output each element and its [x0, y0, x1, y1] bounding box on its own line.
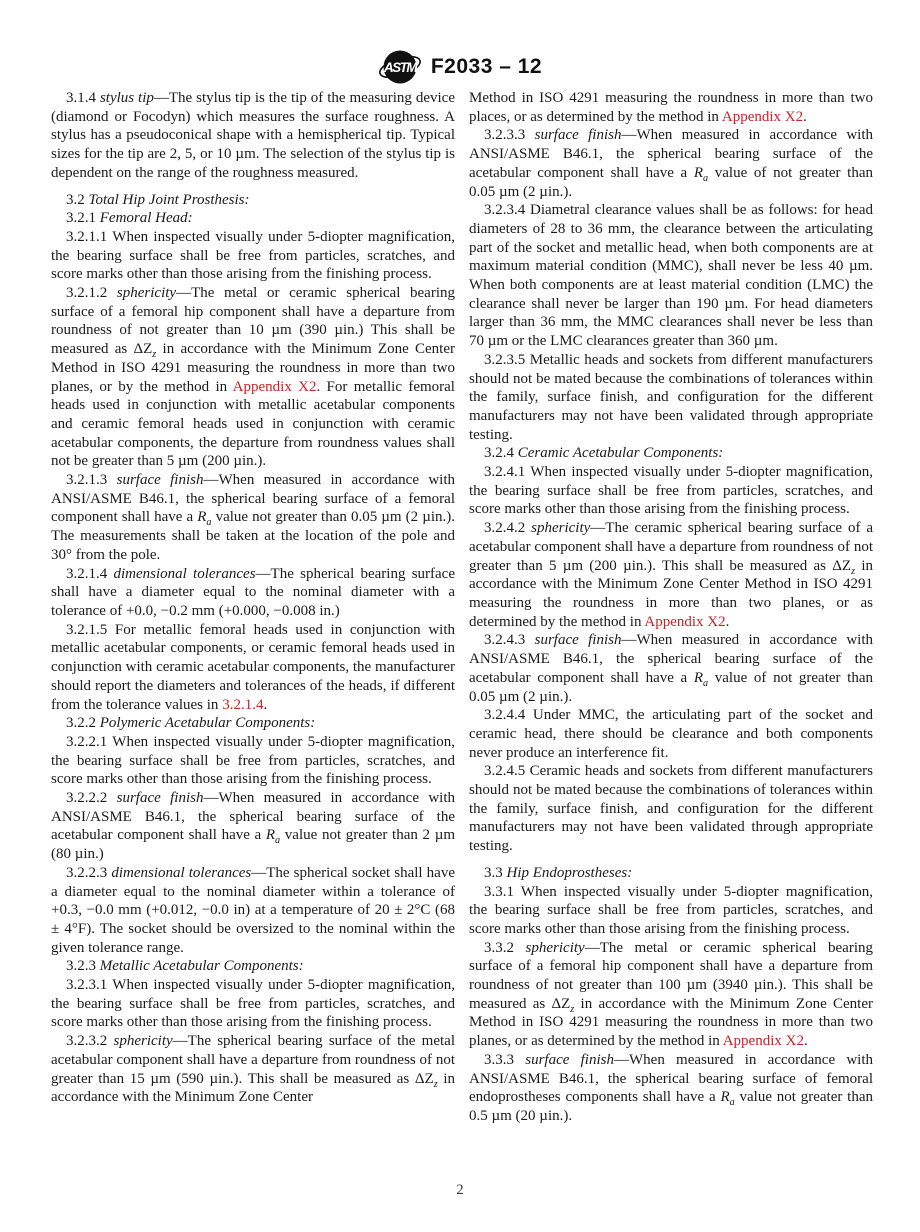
page-header: ASTM F2033 – 12 [0, 42, 920, 92]
text-segment: . [803, 109, 807, 125]
text-segment: 3.2.3.5 Metallic heads and sockets from … [469, 352, 873, 443]
text-segment: Total Hip Joint Prosthesis: [89, 192, 250, 208]
right-column: Method in ISO 4291 measuring the roundne… [469, 89, 873, 1126]
text-segment: 3.2.3.1 When inspected visually under 5-… [51, 977, 455, 1030]
text-segment: surface finish [117, 472, 204, 488]
para-3-1-4: 3.1.4 stylus tip—The stylus tip is the t… [51, 89, 455, 183]
text-segment: Femoral Head: [100, 210, 193, 226]
text-segment: 3.2.1.1 When inspected visually under 5-… [51, 229, 455, 282]
text-segment: stylus tip [100, 90, 154, 106]
text-segment: 3.2.1.2 [66, 285, 117, 301]
text-segment: sphericity [117, 285, 176, 301]
para-3-2-4-2: 3.2.4.2 sphericity—The ceramic spherical… [469, 519, 873, 631]
appendix-x2-link[interactable]: Appendix X2 [722, 109, 803, 125]
heading-3-2: 3.2 Total Hip Joint Prosthesis: [51, 191, 455, 210]
text-segment: Polymeric Acetabular Components: [100, 715, 316, 731]
para-3-2-1-2: 3.2.1.2 sphericity—The metal or ceramic … [51, 284, 455, 471]
text-segment: 3.2.4.2 [484, 520, 531, 536]
text-segment: 3.2.3 [66, 958, 100, 974]
text-segment: surface finish [117, 790, 204, 806]
astm-logo-icon: ASTM [378, 45, 422, 89]
text-segment: 3.2.4.5 Ceramic heads and sockets from d… [469, 763, 873, 854]
text-segment: surface finish [525, 1052, 614, 1068]
text-segment: . [726, 614, 730, 630]
text-segment: 3.3.2 [484, 940, 526, 956]
para-3-2-1-4: 3.2.1.4 dimensional tolerances—The spher… [51, 565, 455, 621]
text-segment: 3.2.2.3 [66, 865, 111, 881]
page-footer: 2 [0, 1182, 920, 1199]
left-column: 3.1.4 stylus tip—The stylus tip is the t… [51, 89, 455, 1107]
heading-3-2-1: 3.2.1 Femoral Head: [51, 209, 455, 228]
text-segment: 3.2.2.1 When inspected visually under 5-… [51, 734, 455, 787]
text-segment: 3.2.3.3 [484, 127, 535, 143]
text-segment: . [804, 1033, 808, 1049]
text-segment: sphericity [531, 520, 590, 536]
text-segment: 3.2.4 [484, 445, 518, 461]
text-segment: Hip Endoprostheses: [507, 865, 633, 881]
para-3-2-2-3: 3.2.2.3 dimensional tolerances—The spher… [51, 864, 455, 958]
document-page: ASTM F2033 – 12 3.1.4 stylus tip—The sty… [0, 0, 920, 1232]
text-segment: R [266, 827, 275, 843]
appendix-x2-link[interactable]: Appendix X2 [723, 1033, 804, 1049]
para-3-2-2-2: 3.2.2.2 surface finish—When measured in … [51, 789, 455, 864]
text-segment: 3.3.1 When inspected visually under 5-di… [469, 884, 873, 937]
para-3-2-1-5: 3.2.1.5 For metallic femoral heads used … [51, 621, 455, 715]
para-3-2-1-3: 3.2.1.3 surface finish—When measured in … [51, 471, 455, 565]
para-3-2-3-2-continued: Method in ISO 4291 measuring the roundne… [469, 89, 873, 126]
para-3-2-4-4: 3.2.4.4 Under MMC, the articulating part… [469, 706, 873, 762]
text-segment: 3.2.1.4 [66, 566, 113, 582]
text-segment: 3.2.4.3 [484, 632, 535, 648]
text-segment: 3.2.4.4 Under MMC, the articulating part… [469, 707, 873, 760]
text-segment: surface finish [535, 127, 622, 143]
text-segment: Ceramic Acetabular Components: [518, 445, 724, 461]
text-segment: 3.3.3 [484, 1052, 525, 1068]
text-segment: 3.2.3.4 Diametral clearance values shall… [469, 202, 873, 349]
text-segment: sphericity [526, 940, 585, 956]
text-segment: surface finish [535, 632, 622, 648]
text-segment: R [694, 670, 703, 686]
appendix-x2-link[interactable]: Appendix X2 [233, 379, 317, 395]
text-segment: 3.1.4 [66, 90, 100, 106]
text-segment: . [263, 697, 267, 713]
text-segment: 3.3 [484, 865, 507, 881]
text-segment: 3.2.2 [66, 715, 100, 731]
heading-3-2-4: 3.2.4 Ceramic Acetabular Components: [469, 444, 873, 463]
text-segment: 3.2.3.2 [66, 1033, 114, 1049]
para-3-3-1: 3.3.1 When inspected visually under 5-di… [469, 883, 873, 939]
standard-designation: F2033 – 12 [431, 55, 542, 79]
text-segment: 3.2 [66, 192, 89, 208]
para-3-2-4-1: 3.2.4.1 When inspected visually under 5-… [469, 463, 873, 519]
para-3-2-2-1: 3.2.2.1 When inspected visually under 5-… [51, 733, 455, 789]
para-3-2-1-1: 3.2.1.1 When inspected visually under 5-… [51, 228, 455, 284]
para-3-2-3-1: 3.2.3.1 When inspected visually under 5-… [51, 976, 455, 1032]
para-3-3-2: 3.3.2 sphericity—The metal or ceramic sp… [469, 939, 873, 1051]
para-3-2-3-4: 3.2.3.4 Diametral clearance values shall… [469, 201, 873, 351]
text-segment: dimensional tolerances [111, 865, 251, 881]
text-segment: 3.2.4.1 When inspected visually under 5-… [469, 464, 873, 517]
page-number: 2 [456, 1182, 463, 1198]
heading-3-2-3: 3.2.3 Metallic Acetabular Components: [51, 957, 455, 976]
text-segment: sphericity [114, 1033, 173, 1049]
text-segment: R [720, 1089, 729, 1105]
para-3-2-3-3: 3.2.3.3 surface finish—When measured in … [469, 126, 873, 201]
para-3-2-4-5: 3.2.4.5 Ceramic heads and sockets from d… [469, 762, 873, 856]
para-3-2-3-5: 3.2.3.5 Metallic heads and sockets from … [469, 351, 873, 445]
svg-text:ASTM: ASTM [383, 60, 419, 75]
heading-3-2-2: 3.2.2 Polymeric Acetabular Components: [51, 714, 455, 733]
heading-3-3: 3.3 Hip Endoprostheses: [469, 864, 873, 883]
text-segment: Metallic Acetabular Components: [100, 958, 304, 974]
text-segment: R [694, 165, 703, 181]
para-3-3-3: 3.3.3 surface finish—When measured in ac… [469, 1051, 873, 1126]
text-segment: Method in ISO 4291 measuring the roundne… [469, 90, 873, 125]
para-3-2-3-2: 3.2.3.2 sphericity—The spherical bearing… [51, 1032, 455, 1107]
text-segment: 3.2.2.2 [66, 790, 117, 806]
text-segment: 3.2.1 [66, 210, 100, 226]
ref-3-2-1-4-link[interactable]: 3.2.1.4 [222, 697, 263, 713]
appendix-x2-link[interactable]: Appendix X2 [644, 614, 725, 630]
para-3-2-4-3: 3.2.4.3 surface finish—When measured in … [469, 631, 873, 706]
text-segment: 3.2.1.3 [66, 472, 117, 488]
text-segment: dimensional tolerances [113, 566, 255, 582]
